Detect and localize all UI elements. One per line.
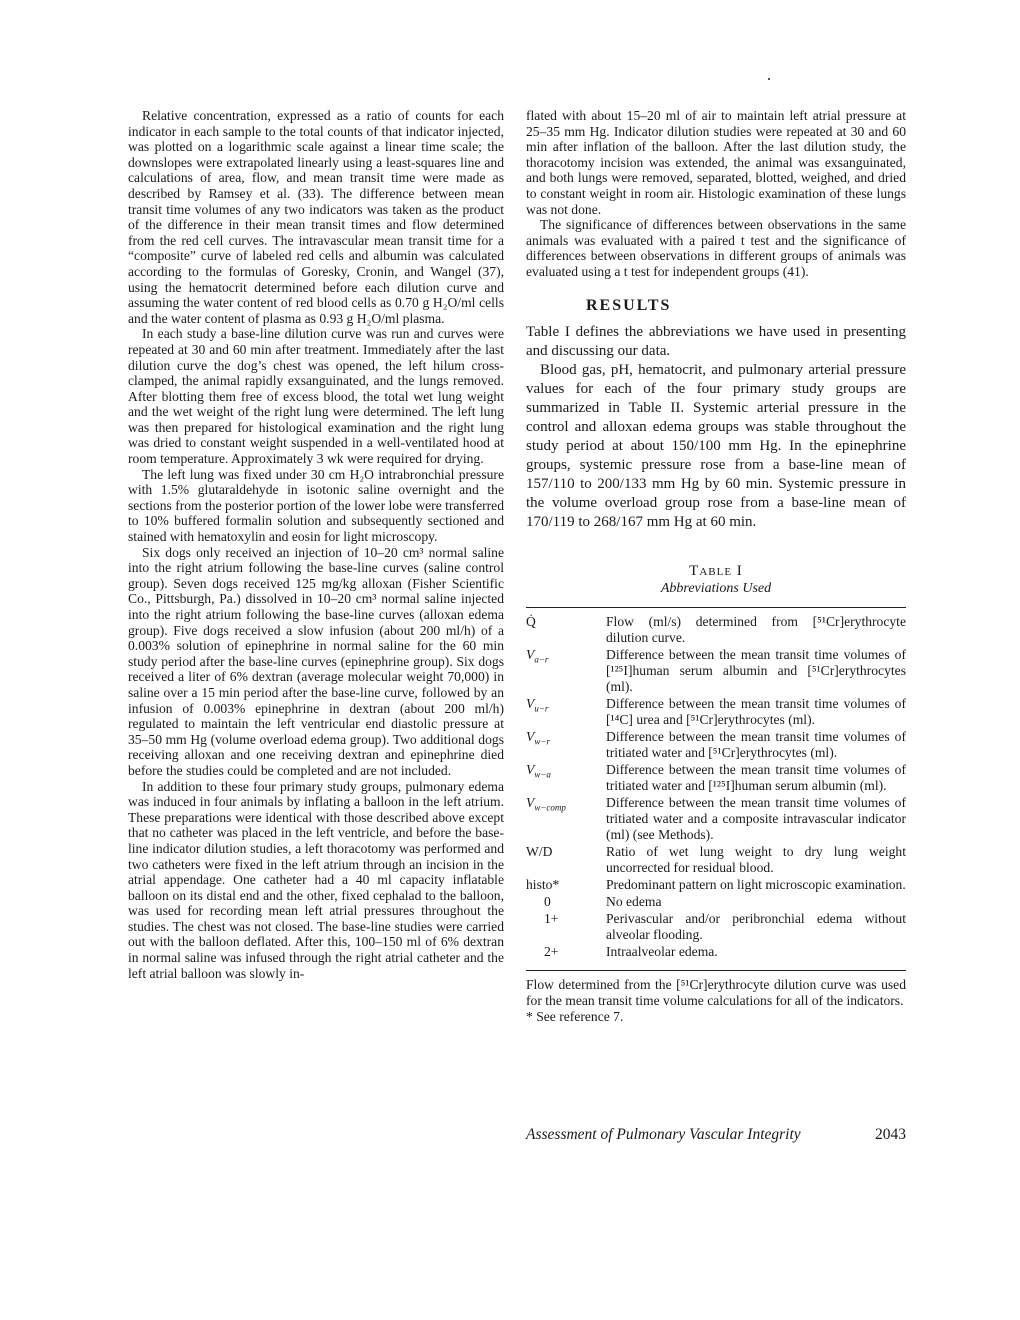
table-abbreviations: Table I Abbreviations Used Q̇ Flow (ml/s… — [526, 562, 906, 1025]
abbr-term: 0 — [526, 894, 606, 911]
methods-paragraph-3: The left lung was fixed under 30 cm H₂O … — [128, 467, 504, 545]
running-title: Assessment of Pulmonary Vascular Integri… — [526, 1126, 801, 1144]
abbr-term: Q̇ — [526, 614, 606, 647]
abbr-term: 1+ — [526, 911, 606, 944]
abbr-term: 2+ — [526, 944, 606, 961]
table-row: W/D Ratio of wet lung weight to dry lung… — [526, 844, 906, 877]
methods-paragraph-4: Six dogs only received an injection of 1… — [128, 545, 504, 779]
abbr-term: Vw−a — [526, 762, 606, 795]
table-row: histo* Predominant pattern on light micr… — [526, 877, 906, 894]
table-row: 0 No edema — [526, 894, 906, 911]
abbr-definition: Difference between the mean transit time… — [606, 795, 906, 844]
table-footnote-flow: Flow determined from the [⁵¹Cr]erythrocy… — [526, 977, 906, 1009]
results-paragraph-2: Blood gas, pH, hematocrit, and pulmonary… — [526, 361, 906, 532]
abbr-term: histo* — [526, 877, 606, 894]
table-title: Table I — [526, 562, 906, 580]
scan-speck — [768, 78, 770, 80]
results-heading: RESULTS — [586, 298, 906, 314]
abbreviation-table: Q̇ Flow (ml/s) determined from [⁵¹Cr]ery… — [526, 614, 906, 961]
abbr-term: Va−r — [526, 647, 606, 696]
abbr-definition: Perivascular and/or peribronchial edema … — [606, 911, 906, 944]
table-row: Vu−r Difference between the mean transit… — [526, 696, 906, 729]
abbr-definition: Difference between the mean transit time… — [606, 762, 906, 795]
methods-paragraph-5: In addition to these four primary study … — [128, 779, 504, 982]
table-row: 1+ Perivascular and/or peribronchial ede… — [526, 911, 906, 944]
statistics-paragraph: The significance of differences between … — [526, 217, 906, 279]
journal-page: Relative concentration, expressed as a r… — [0, 0, 1020, 1320]
table-row: Va−r Difference between the mean transit… — [526, 647, 906, 696]
table-top-rule — [526, 607, 906, 608]
methods-paragraph-6: flated with about 15–20 ml of air to mai… — [526, 108, 906, 217]
results-paragraph-1: Table I defines the abbreviations we hav… — [526, 323, 906, 361]
abbr-definition: Difference between the mean transit time… — [606, 696, 906, 729]
methods-paragraph-2: In each study a base-line dilution curve… — [128, 326, 504, 466]
left-column: Relative concentration, expressed as a r… — [128, 108, 504, 981]
table-row: Vw−a Difference between the mean transit… — [526, 762, 906, 795]
abbr-definition: Flow (ml/s) determined from [⁵¹Cr]erythr… — [606, 614, 906, 647]
abbr-definition: No edema — [606, 894, 906, 911]
right-column: flated with about 15–20 ml of air to mai… — [526, 108, 906, 1025]
abbr-term: W/D — [526, 844, 606, 877]
table-row: Q̇ Flow (ml/s) determined from [⁵¹Cr]ery… — [526, 614, 906, 647]
abbr-definition: Ratio of wet lung weight to dry lung wei… — [606, 844, 906, 877]
methods-paragraph-1: Relative concentration, expressed as a r… — [128, 108, 504, 326]
abbr-definition: Difference between the mean transit time… — [606, 647, 906, 696]
table-row: Vw−comp Difference between the mean tran… — [526, 795, 906, 844]
table-bottom-rule — [526, 970, 906, 971]
abbr-definition: Intraalveolar edema. — [606, 944, 906, 961]
table-subtitle: Abbreviations Used — [526, 580, 906, 598]
table-row: Vw−r Difference between the mean transit… — [526, 729, 906, 762]
abbr-definition: Predominant pattern on light microscopic… — [606, 877, 906, 894]
table-footnote-reference: * See reference 7. — [526, 1009, 906, 1025]
abbr-term: Vw−comp — [526, 795, 606, 844]
page-footer: Assessment of Pulmonary Vascular Integri… — [526, 1126, 906, 1144]
table-row: 2+ Intraalveolar edema. — [526, 944, 906, 961]
abbr-term: Vu−r — [526, 696, 606, 729]
page-number: 2043 — [875, 1126, 906, 1144]
abbr-definition: Difference between the mean transit time… — [606, 729, 906, 762]
abbr-term: Vw−r — [526, 729, 606, 762]
